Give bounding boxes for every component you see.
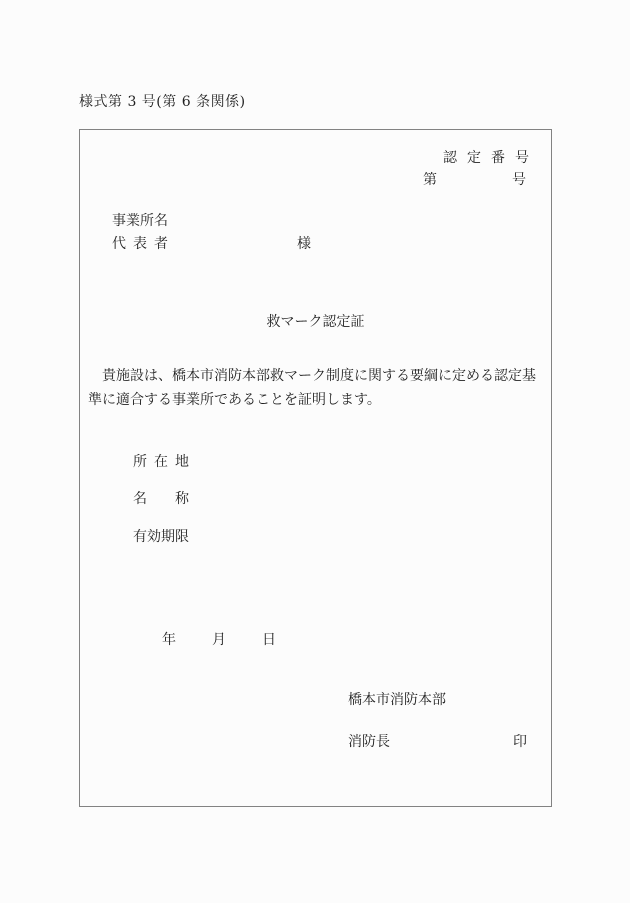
- field-row-location: 所在地: [133, 451, 189, 471]
- certificate-body: 貴施設は、橋本市消防本部救マーク制度に関する要綱に定める認定基 準に適合する事業…: [88, 364, 546, 412]
- honorific-label: 様: [297, 233, 311, 253]
- cert-number-prefix: 第: [423, 169, 437, 189]
- issuer-organization: 橋本市消防本部: [348, 689, 446, 709]
- form-number-label: 様式第 3 号(第 6 条関係): [79, 91, 246, 111]
- representative-label: 代表者: [112, 233, 168, 253]
- field-label-name: 名称: [133, 488, 189, 508]
- representative-row: 代表者: [112, 233, 168, 253]
- issuer-row: 消防長 印: [348, 731, 527, 751]
- field-row-validity: 有効期限: [133, 526, 189, 546]
- business-name-label: 事業所名: [112, 210, 168, 230]
- month-label: 月: [212, 629, 226, 649]
- field-label-validity: 有効期限: [133, 526, 189, 546]
- day-label: 日: [262, 629, 276, 649]
- field-label-location: 所在地: [133, 451, 189, 471]
- field-row-name: 名称: [133, 488, 189, 508]
- cert-number-line: 第 号: [423, 169, 526, 189]
- document-page: 様式第 3 号(第 6 条関係) 認定番号 第 号 事業所名 代表者 様 救マー…: [0, 0, 630, 903]
- cert-number-header: 認定番号: [443, 147, 539, 167]
- business-name-row: 事業所名: [112, 210, 168, 230]
- issuer-position: 消防長: [348, 731, 390, 751]
- certificate-box: 認定番号 第 号 事業所名 代表者 様 救マーク認定証 貴施設は、橋本市消防本部…: [79, 129, 552, 807]
- seal-placeholder: 印: [513, 731, 527, 751]
- year-label: 年: [162, 629, 176, 649]
- cert-number-suffix: 号: [512, 169, 526, 189]
- certificate-title: 救マーク認定証: [80, 311, 551, 331]
- date-line: 年 月 日: [162, 629, 276, 649]
